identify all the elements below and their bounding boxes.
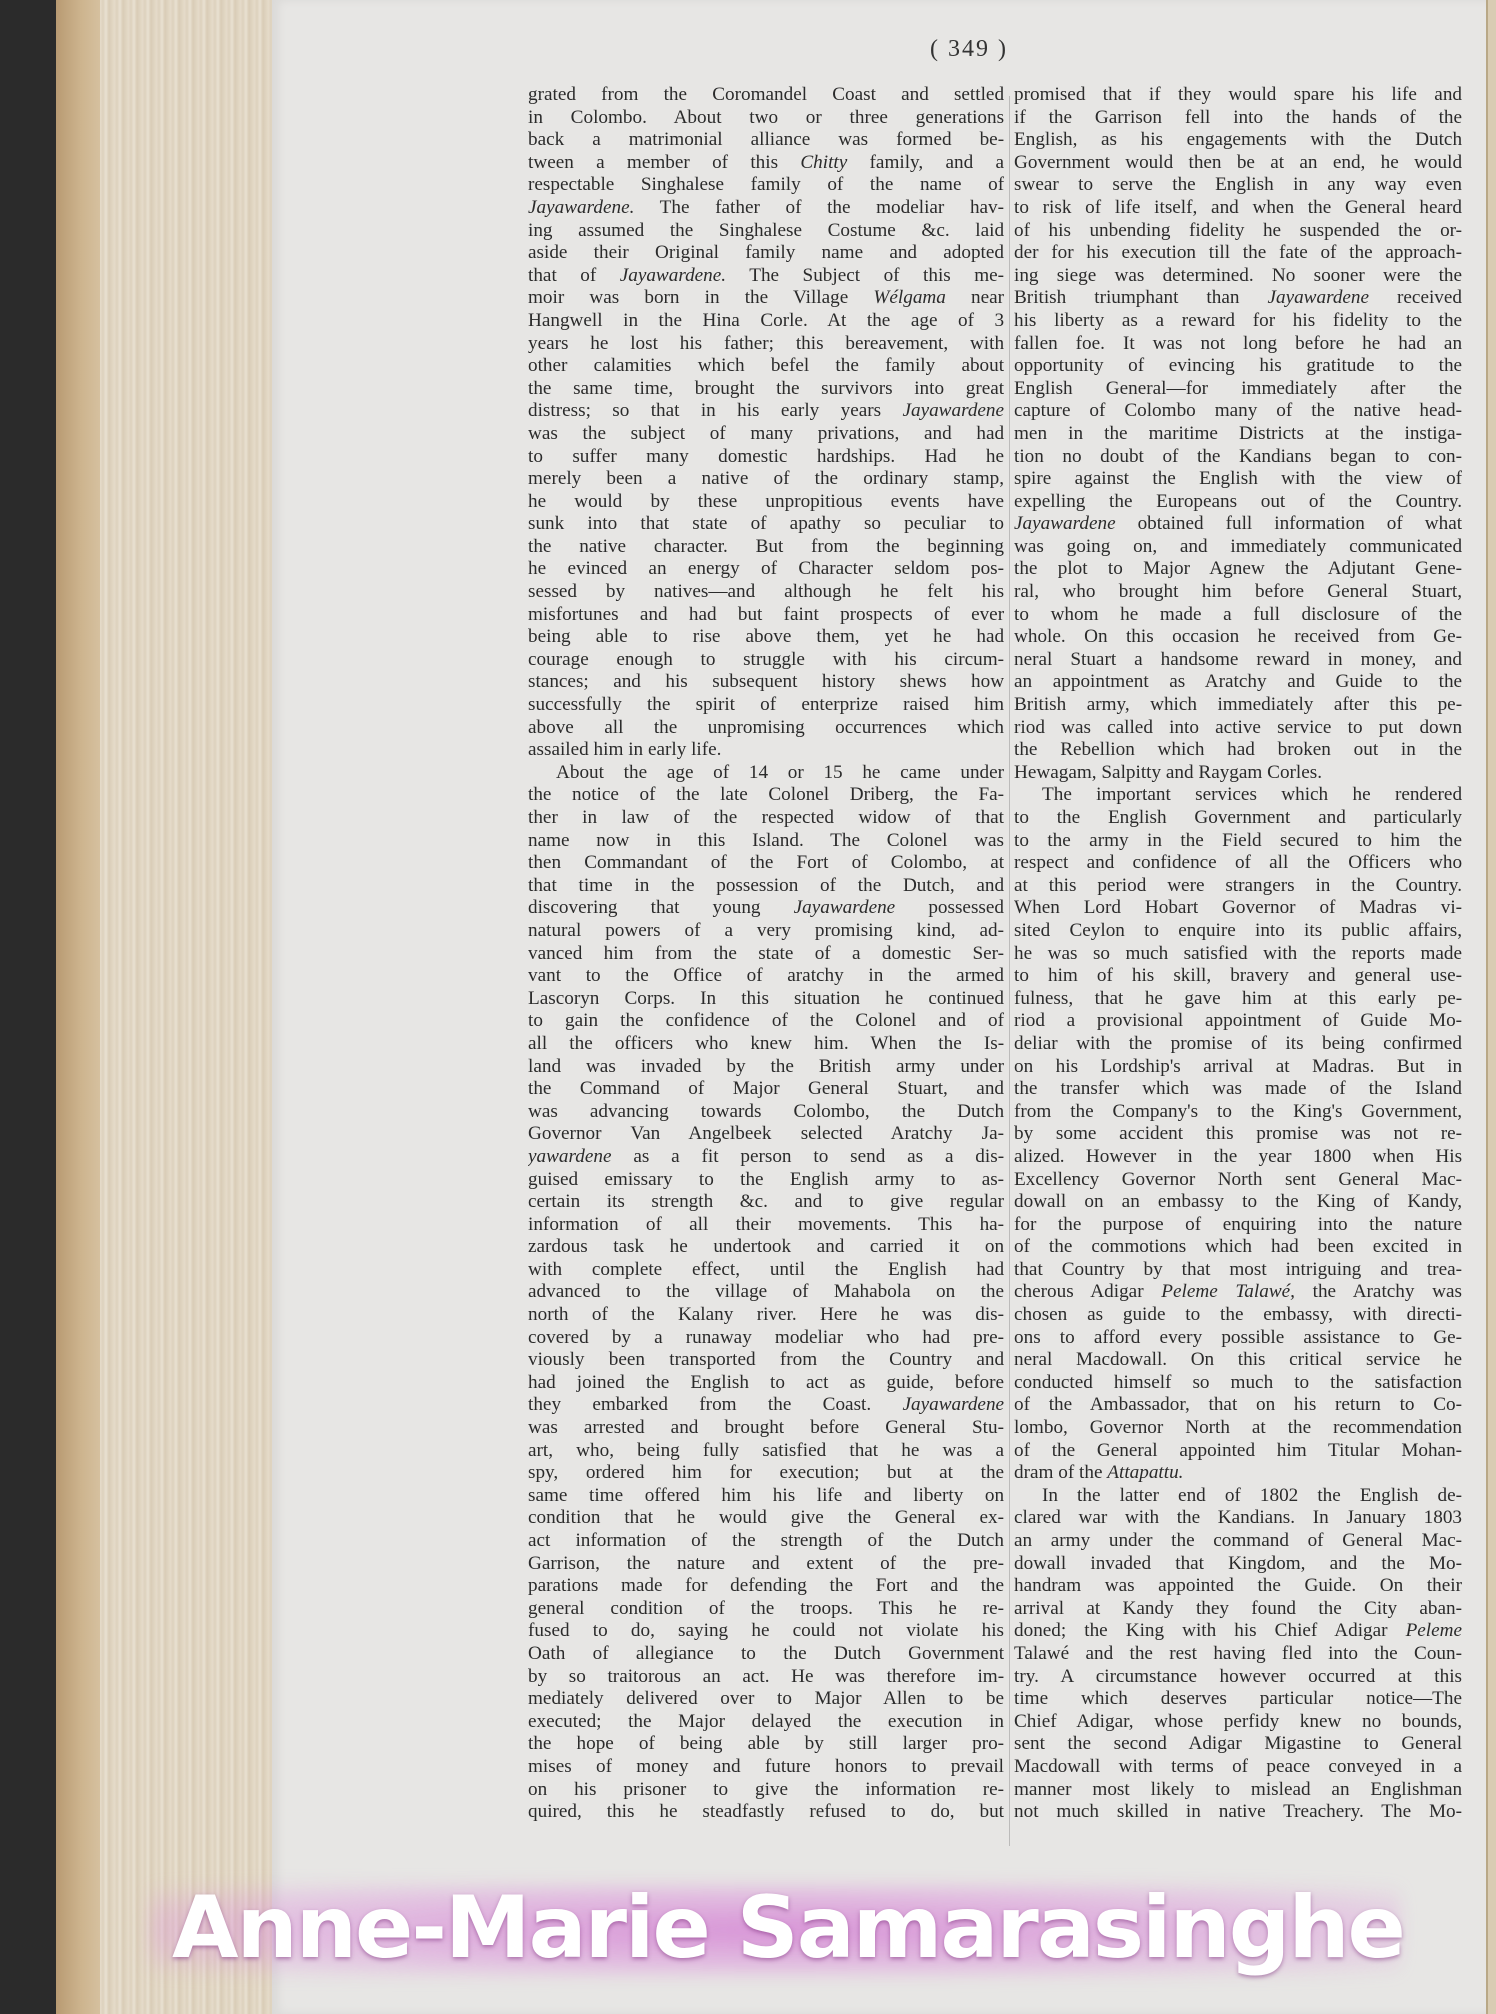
text-line: Garrison, the nature and extent of the p… [528,1553,1004,1576]
text-line: at this period were strangers in the Cou… [1014,875,1462,898]
text-line: merely been a native of the ordinary sta… [528,468,1004,491]
text-line: time which deserves particular notice—Th… [1014,1688,1462,1711]
text-line: Hangwell in the Hina Corle. At the age o… [528,310,1004,333]
text-line: Jayawardene obtained full information of… [1014,513,1462,536]
text-line: manner most likely to mislead an English… [1014,1779,1462,1802]
text-line: the native character. But from the begin… [528,536,1004,559]
text-line: Hewagam, Salpitty and Raygam Corles. [1014,762,1462,785]
text-line: north of the Kalany river. Here he was d… [528,1304,1004,1327]
text-line: assailed him in early life. [528,739,1004,762]
text-line: an army under the command of General Mac… [1014,1530,1462,1553]
text-line: years he lost his father; this bereaveme… [528,333,1004,356]
text-line: on his prisoner to give the information … [528,1779,1004,1802]
text-line: all the officers who knew him. When the … [528,1033,1004,1056]
text-line: was the subject of many privations, and … [528,423,1004,446]
text-line: he would by these unpropitious events ha… [528,491,1004,514]
text-line: of the General appointed him Titular Moh… [1014,1440,1462,1463]
text-line: the notice of the late Colonel Driberg, … [528,784,1004,807]
text-line: his liberty as a reward for his fidelity… [1014,310,1462,333]
text-line: opportunity of evincing his gratitude to… [1014,355,1462,378]
text-line: fulness, that he gave him at this early … [1014,988,1462,1011]
text-line: the same time, brought the survivors int… [528,378,1004,401]
text-line: handram was appointed the Guide. On thei… [1014,1575,1462,1598]
text-line: mises of money and future honors to prev… [528,1756,1004,1779]
text-line: chosen as guide to the embassy, with dir… [1014,1304,1462,1327]
text-line: the hope of being able by still larger p… [528,1733,1004,1756]
text-line: by some accident this promise was not re… [1014,1123,1462,1146]
text-line: fused to do, saying he could not violate… [528,1620,1004,1643]
text-line: an appointment as Aratchy and Guide to t… [1014,671,1462,694]
text-line: dram of the Attapattu. [1014,1462,1462,1485]
text-line: viously been transported from the Countr… [528,1349,1004,1372]
text-line: Government would then be at an end, he w… [1014,152,1462,175]
text-line: capture of Colombo many of the native he… [1014,400,1462,423]
text-line: that time in the possession of the Dutch… [528,875,1004,898]
text-line: act information of the strength of the D… [528,1530,1004,1553]
text-line: fallen foe. It was not long before he ha… [1014,333,1462,356]
text-line: neral Macdowall. On this critical servic… [1014,1349,1462,1372]
text-line: for the purpose of enquiring into the na… [1014,1214,1462,1237]
text-line: About the age of 14 or 15 he came under [528,762,1004,785]
text-line: successfully the spirit of enterprize ra… [528,694,1004,717]
text-line: deliar with the promise of its being con… [1014,1033,1462,1056]
right-text-column: promised that if they would spare his li… [1014,84,1462,1824]
text-line: quired, this he steadfastly refused to d… [528,1801,1004,1824]
text-line: respect and confidence of all the Office… [1014,852,1462,875]
text-line: the transfer which was made of the Islan… [1014,1078,1462,1101]
text-line: British army, which immediately after th… [1014,694,1462,717]
background-table [0,0,62,2014]
text-line: ing assumed the Singhalese Costume &c. l… [528,220,1004,243]
text-line: sunk into that state of apathy so peculi… [528,513,1004,536]
column-divider [1009,96,1010,1846]
text-line: advanced to the village of Mahabola on t… [528,1281,1004,1304]
text-line: ral, who brought him before General Stua… [1014,581,1462,604]
text-line: vant to the Office of aratchy in the arm… [528,965,1004,988]
text-line: to the English Government and particular… [1014,807,1462,830]
text-line: Governor Van Angelbeek selected Aratchy … [528,1123,1004,1146]
text-line: covered by a runaway modeliar who had pr… [528,1327,1004,1350]
text-line: the Command of Major General Stuart, and [528,1078,1004,1101]
text-line: dowall on an embassy to the King of Kand… [1014,1191,1462,1214]
text-line: tion no doubt of the Kandians began to c… [1014,446,1462,469]
text-line: was arrested and brought before General … [528,1417,1004,1440]
text-line: the plot to Major Agnew the Adjutant Gen… [1014,558,1462,581]
text-line: promised that if they would spare his li… [1014,84,1462,107]
text-line: men in the maritime Districts at the ins… [1014,423,1462,446]
text-line: condition that he would give the General… [528,1507,1004,1530]
text-line: Lascoryn Corps. In this situation he con… [528,988,1004,1011]
text-line: ons to afford every possible assistance … [1014,1327,1462,1350]
text-line: grated from the Coromandel Coast and set… [528,84,1004,107]
book-cover-edge [56,0,106,2014]
text-line: back a matrimonial alliance was formed b… [528,129,1004,152]
text-line: they embarked from the Coast. Jayawarden… [528,1394,1004,1417]
text-line: sent the second Adigar Migastine to Gene… [1014,1733,1462,1756]
text-line: other calamities which befel the family … [528,355,1004,378]
text-line: expelling the Europeans out of the Count… [1014,491,1462,514]
text-line: ing siege was determined. No sooner were… [1014,265,1462,288]
text-line: general condition of the troops. This he… [528,1598,1004,1621]
text-line: with complete effect, until the English … [528,1259,1004,1282]
text-line: of the commotions which had been excited… [1014,1236,1462,1259]
text-line: spire against the English with the view … [1014,468,1462,491]
text-line: to him of his skill, bravery and general… [1014,965,1462,988]
text-line: sessed by natives—and although he felt h… [528,581,1004,604]
text-line: guised emissary to the English army to a… [528,1169,1004,1192]
text-line: he was so much satisfied with the report… [1014,943,1462,966]
text-line: respectable Singhalese family of the nam… [528,174,1004,197]
text-line: above all the unpromising occurrences wh… [528,717,1004,740]
page-stack-edges [100,0,275,2014]
watermark-author-name: Anne-Marie Samarasinghe [172,1878,1422,1978]
text-line: by so traitorous an act. He was therefor… [528,1666,1004,1689]
page-number: ( 349 ) [930,36,1008,63]
text-line: executed; the Major delayed the executio… [528,1711,1004,1734]
text-line: Oath of allegiance to the Dutch Governme… [528,1643,1004,1666]
text-line: der for his execution till the fate of t… [1014,242,1462,265]
text-line: mediately delivered over to Major Allen … [528,1688,1004,1711]
text-line: aside their Original family name and ado… [528,242,1004,265]
text-line: whole. On this occasion he received from… [1014,626,1462,649]
text-line: of his unbending fidelity he suspended t… [1014,220,1462,243]
text-line: The important services which he rendered [1014,784,1462,807]
text-line: not much skilled in native Treachery. Th… [1014,1801,1462,1824]
text-line: that Country by that most intriguing and… [1014,1259,1462,1282]
left-text-column: grated from the Coromandel Coast and set… [528,84,1004,1824]
text-line: name now in this Island. The Colonel was [528,830,1004,853]
text-line: cherous Adigar Peleme Talawé, the Aratch… [1014,1281,1462,1304]
text-line: of the Ambassador, that on his return to… [1014,1394,1462,1417]
text-line: from the Company's to the King's Governm… [1014,1101,1462,1124]
text-line: English, as his engagements with the Dut… [1014,129,1462,152]
text-line: Talawé and the rest having fled into the… [1014,1643,1462,1666]
text-line: Excellency Governor North sent General M… [1014,1169,1462,1192]
text-line: to suffer many domestic hardships. Had h… [528,446,1004,469]
text-line: In the latter end of 1802 the English de… [1014,1485,1462,1508]
text-line: tween a member of this Chitty family, an… [528,152,1004,175]
text-line: zardous task he undertook and carried it… [528,1236,1004,1259]
text-line: conducted himself so much to the satisfa… [1014,1372,1462,1395]
text-line: to gain the confidence of the Colonel an… [528,1010,1004,1033]
text-line: English General—for immediately after th… [1014,378,1462,401]
text-line: stances; and his subsequent history shew… [528,671,1004,694]
text-line: being able to rise above them, yet he ha… [528,626,1004,649]
text-line: Chief Adigar, whose perfidy knew no boun… [1014,1711,1462,1734]
text-line: dowall invaded that Kingdom, and the Mo- [1014,1553,1462,1576]
text-line: courage enough to struggle with his circ… [528,649,1004,672]
text-line: lombo, Governor North at the recommendat… [1014,1417,1462,1440]
text-line: parations made for defending the Fort an… [528,1575,1004,1598]
text-line: art, who, being fully satisfied that he … [528,1440,1004,1463]
text-line: ther in law of the respected widow of th… [528,807,1004,830]
text-line: riod a provisional appointment of Guide … [1014,1010,1462,1033]
text-line: alized. However in the year 1800 when Hi… [1014,1146,1462,1169]
text-line: had joined the English to act as guide, … [528,1372,1004,1395]
text-line: if the Garrison fell into the hands of t… [1014,107,1462,130]
text-line: land was invaded by the British army und… [528,1056,1004,1079]
text-line: doned; the King with his Chief Adigar Pe… [1014,1620,1462,1643]
text-line: British triumphant than Jayawardene rece… [1014,287,1462,310]
text-line: in Colombo. About two or three generatio… [528,107,1004,130]
text-line: same time offered him his life and liber… [528,1485,1004,1508]
text-line: spy, ordered him for execution; but at t… [528,1462,1004,1485]
text-line: arrival at Kandy they found the City aba… [1014,1598,1462,1621]
text-line: to the army in the Field secured to him … [1014,830,1462,853]
text-line: Jayawardene. The father of the modeliar … [528,197,1004,220]
text-line: he evinced an energy of Character seldom… [528,558,1004,581]
text-line: moir was born in the Village Wélgama nea… [528,287,1004,310]
text-line: to risk of life itself, and when the Gen… [1014,197,1462,220]
text-line: try. A circumstance however occurred at … [1014,1666,1462,1689]
text-line: to whom he made a full disclosure of the [1014,604,1462,627]
text-line: misfortunes and had but faint prospects … [528,604,1004,627]
text-line: yawardene as a fit person to send as a d… [528,1146,1004,1169]
facing-page-edge [1486,0,1496,2014]
text-line: certain its strength &c. and to give reg… [528,1191,1004,1214]
text-line: information of all their movements. This… [528,1214,1004,1237]
text-line: discovering that young Jayawardene posse… [528,897,1004,920]
text-line: the Rebellion which had broken out in th… [1014,739,1462,762]
text-line: natural powers of a very promising kind,… [528,920,1004,943]
text-line: distress; so that in his early years Jay… [528,400,1004,423]
text-line: Macdowall with terms of peace conveyed i… [1014,1756,1462,1779]
text-line: swear to serve the English in any way ev… [1014,174,1462,197]
text-line: neral Stuart a handsome reward in money,… [1014,649,1462,672]
text-line: vanced him from the state of a domestic … [528,943,1004,966]
text-line: then Commandant of the Fort of Colombo, … [528,852,1004,875]
text-line: clared war with the Kandians. In January… [1014,1507,1462,1530]
text-line: When Lord Hobart Governor of Madras vi- [1014,897,1462,920]
text-line: was advancing towards Colombo, the Dutch [528,1101,1004,1124]
text-line: that of Jayawardene. The Subject of this… [528,265,1004,288]
text-line: on his Lordship's arrival at Madras. But… [1014,1056,1462,1079]
text-line: was going on, and immediately communicat… [1014,536,1462,559]
text-line: sited Ceylon to enquire into its public … [1014,920,1462,943]
text-line: riod was called into active service to p… [1014,717,1462,740]
